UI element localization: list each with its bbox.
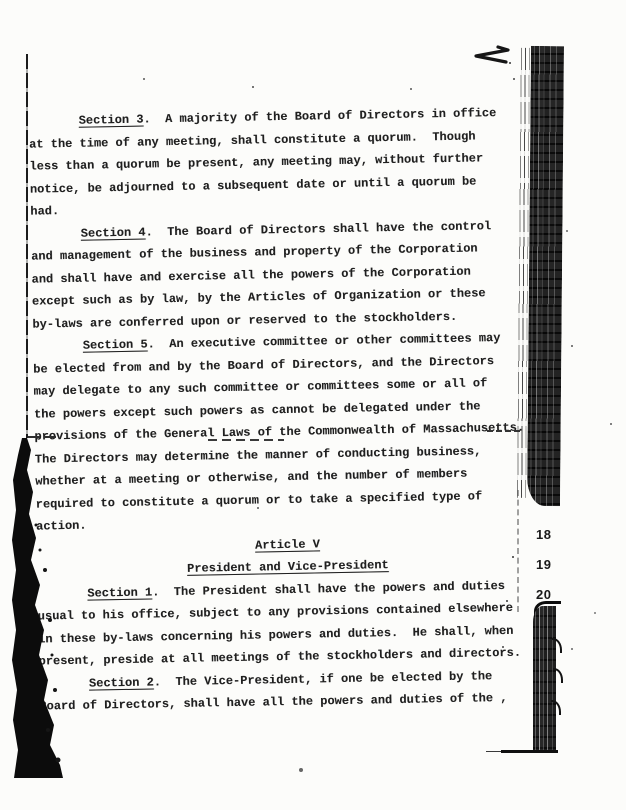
line-text: except such as by law, by the Articles o…: [32, 286, 486, 308]
section-label: Section 1: [87, 585, 152, 600]
binding-branch-hook: [553, 668, 563, 683]
checkmark-shape: [470, 44, 512, 68]
line-text: by-laws are conferred upon or reserved t…: [32, 309, 457, 331]
binding-branch-hook: [552, 638, 562, 653]
dashed-edge-line: [517, 490, 519, 612]
section-label: Section 5: [83, 338, 148, 353]
line-text: and management of the business and prope…: [31, 241, 478, 263]
document-text: Section 3. A majority of the Board of Di…: [28, 101, 541, 718]
toner-blob-shape: [0, 430, 70, 782]
binding-branch-hook: [551, 700, 561, 715]
line-text: notice, be adjourned to a subsequent dat…: [30, 174, 477, 196]
line-text: less than a quorum be present, any meeti…: [29, 151, 483, 173]
line-text: Board of Directors, shall have all the p…: [39, 691, 507, 714]
line-text: . The Board of Directors shall have the …: [145, 219, 491, 239]
line-text: may delegate to any such committee or co…: [33, 376, 487, 398]
binding-streaks-dense: [527, 46, 564, 506]
binding-foot-line: [501, 750, 558, 753]
line-text: . The Vice-President, if one be elected …: [154, 669, 493, 689]
checkmark-artifact: [470, 44, 512, 73]
margin-number-20: 20: [536, 588, 566, 602]
section-label: Section 4: [81, 225, 146, 240]
line-text: . An executive committee or other commit…: [147, 331, 500, 351]
line-text: had.: [30, 204, 59, 219]
toner-blob-artifact: [0, 430, 70, 787]
pencil-dash-left: [28, 436, 58, 438]
margin-number-18: 18: [536, 528, 566, 542]
binding-edge-artifact-top: [515, 46, 564, 506]
heading-text: President and Vice-President: [187, 558, 389, 576]
line-text: required to constitute a quorum or to ta…: [36, 489, 483, 511]
binding-foot-extension: [486, 751, 501, 752]
section-label: Section 2: [89, 675, 154, 690]
line-text: . The President shall have the powers an…: [152, 579, 505, 599]
line-text: whether at a meeting or otherwise, and t…: [35, 467, 467, 489]
scan-speckles: [0, 0, 2, 2]
section-label: Section 3: [79, 113, 144, 128]
line-text: . A majority of the Board of Directors i…: [143, 106, 496, 126]
margin-number-19: 19: [536, 558, 566, 572]
left-edge-line-artifact: [26, 54, 28, 438]
heading-text: Article V: [255, 537, 320, 552]
pencil-dash-right: [487, 430, 523, 432]
scanned-page: Section 3. A majority of the Board of Di…: [0, 0, 626, 810]
pencil-dash-under-text: [208, 439, 284, 441]
